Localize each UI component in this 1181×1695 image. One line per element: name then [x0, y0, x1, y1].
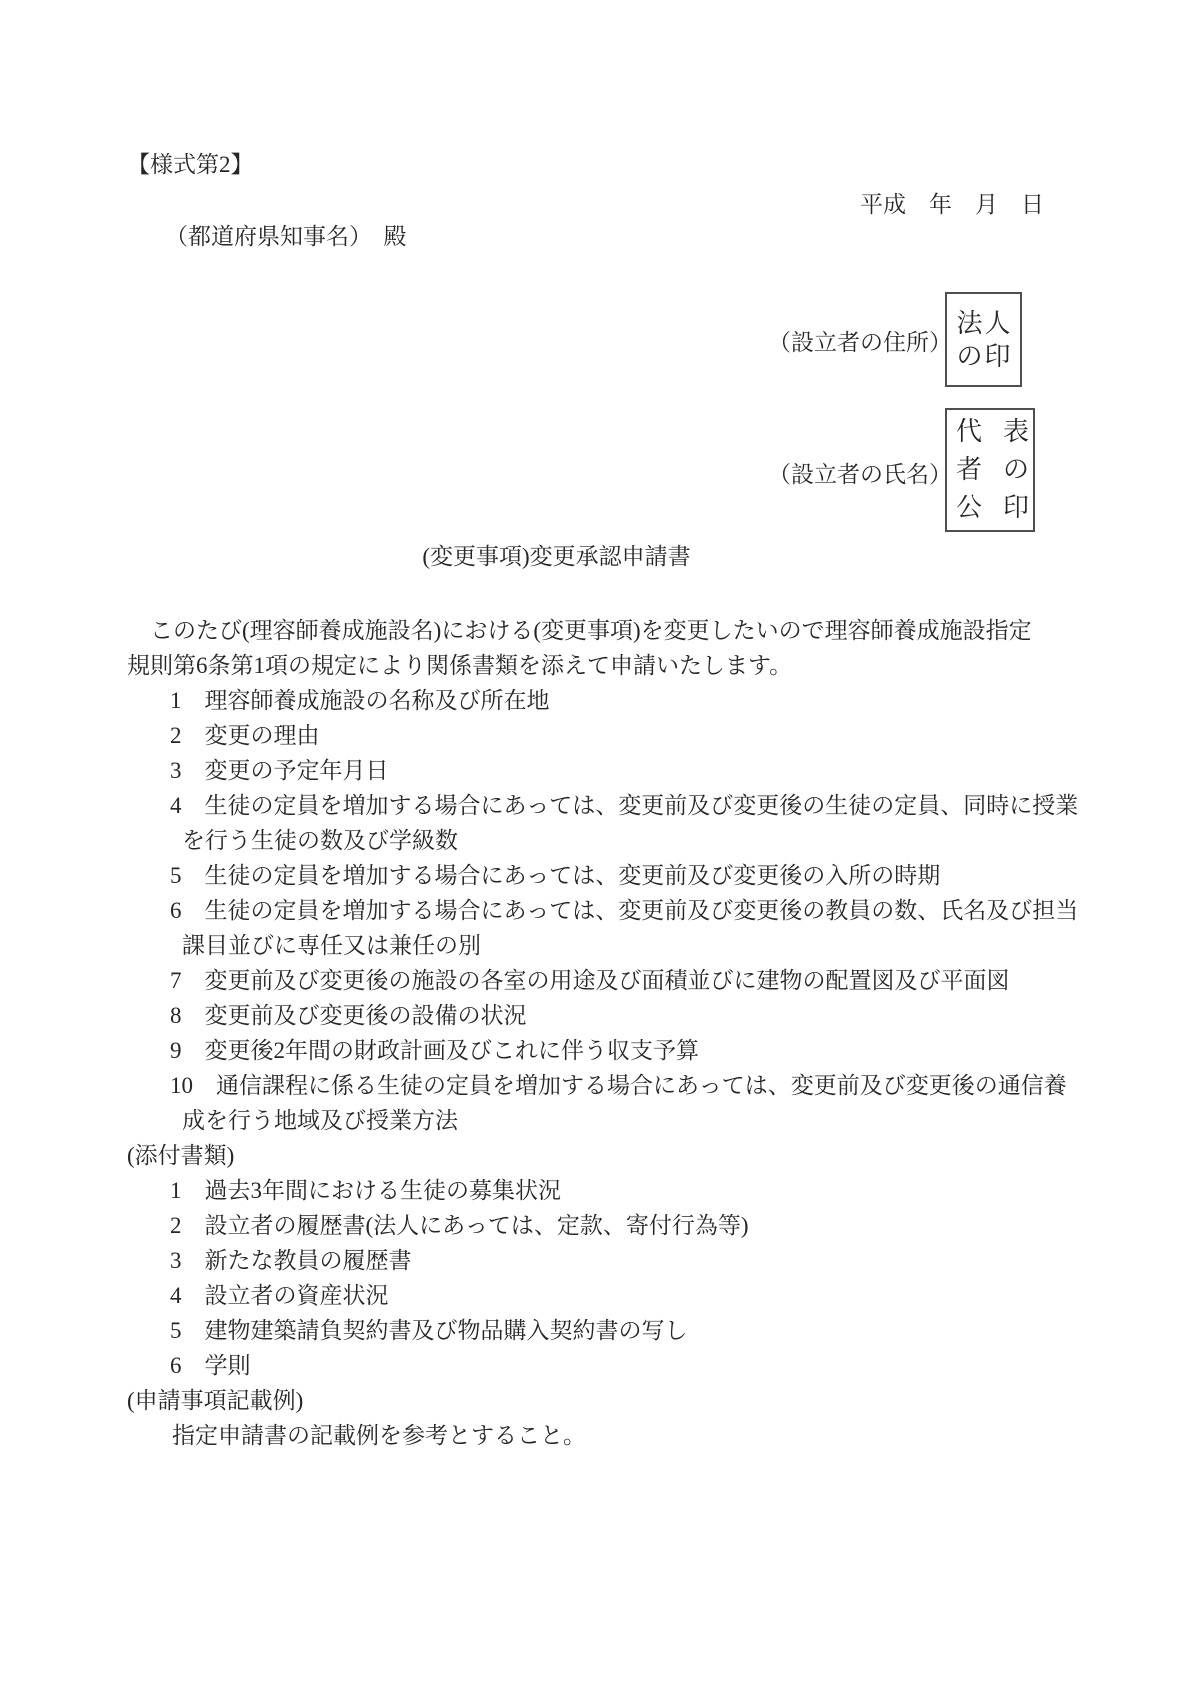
body-line: (申請事項記載例) — [127, 1383, 1127, 1418]
seal-line: 代表 — [956, 413, 1033, 451]
body-line: 1 過去3年間における生徒の募集状況 — [127, 1173, 1127, 1208]
document-title: (変更事項)変更承認申請書 — [0, 538, 1113, 571]
body-line: 2 変更の理由 — [127, 718, 1127, 753]
founder-address-label: （設立者の住所） — [768, 324, 952, 357]
seal-line: 者の — [956, 451, 1033, 489]
seal-line: 法人 — [947, 307, 1020, 340]
document-page: 【様式第2】 平成 年 月 日 （都道府県知事名） 殿 （設立者の住所） 法人の… — [0, 0, 1181, 1695]
body-line: 1 理容師養成施設の名称及び所在地 — [127, 683, 1127, 718]
body-line: 10 通信課程に係る生徒の定員を増加する場合にあっては、変更前及び変更後の通信養 — [127, 1068, 1127, 1103]
body-line: 8 変更前及び変更後の設備の状況 — [127, 998, 1127, 1033]
body-line: 成を行う地域及び授業方法 — [127, 1103, 1127, 1138]
body-line: このたび(理容師養成施設名)における(変更事項)を変更したいので理容師養成施設指… — [127, 613, 1127, 648]
body-line: (添付書類) — [127, 1138, 1127, 1173]
body-line: 3 変更の予定年月日 — [127, 753, 1127, 788]
body-line: 5 建物建築請負契約書及び物品購入契約書の写し — [127, 1313, 1127, 1348]
seal-line: 公印 — [956, 489, 1033, 527]
body-line: 4 生徒の定員を増加する場合にあっては、変更前及び変更後の生徒の定員、同時に授業 — [127, 788, 1127, 823]
body-text: このたび(理容師養成施設名)における(変更事項)を変更したいので理容師養成施設指… — [127, 613, 1127, 1453]
body-line: 9 変更後2年間の財政計画及びこれに伴う収支予算 — [127, 1033, 1127, 1068]
date-line: 平成 年 月 日 — [860, 186, 1044, 219]
body-line: 指定申請書の記載例を参考とすること。 — [127, 1418, 1127, 1453]
body-line: 課目並びに専任又は兼任の別 — [127, 928, 1127, 963]
seal-line: の印 — [947, 340, 1020, 373]
founder-name-label: （設立者の氏名） — [768, 456, 952, 489]
body-line: 6 学則 — [127, 1348, 1127, 1383]
representative-seal-box: 代表者の公印 — [945, 408, 1035, 532]
body-line: を行う生徒の数及び学級数 — [127, 823, 1127, 858]
body-line: 4 設立者の資産状況 — [127, 1278, 1127, 1313]
body-line: 規則第6条第1項の規定により関係書類を添えて申請いたします。 — [127, 648, 1127, 683]
body-line: 5 生徒の定員を増加する場合にあっては、変更前及び変更後の入所の時期 — [127, 858, 1127, 893]
body-line: 6 生徒の定員を増加する場合にあっては、変更前及び変更後の教員の数、氏名及び担当 — [127, 893, 1127, 928]
form-number: 【様式第2】 — [127, 146, 254, 179]
addressee-line: （都道府県知事名） 殿 — [165, 218, 407, 251]
body-line: 3 新たな教員の履歴書 — [127, 1243, 1127, 1278]
corporate-seal-box: 法人の印 — [945, 292, 1022, 387]
body-line: 7 変更前及び変更後の施設の各室の用途及び面積並びに建物の配置図及び平面図 — [127, 963, 1127, 998]
body-line: 2 設立者の履歴書(法人にあっては、定款、寄付行為等) — [127, 1208, 1127, 1243]
